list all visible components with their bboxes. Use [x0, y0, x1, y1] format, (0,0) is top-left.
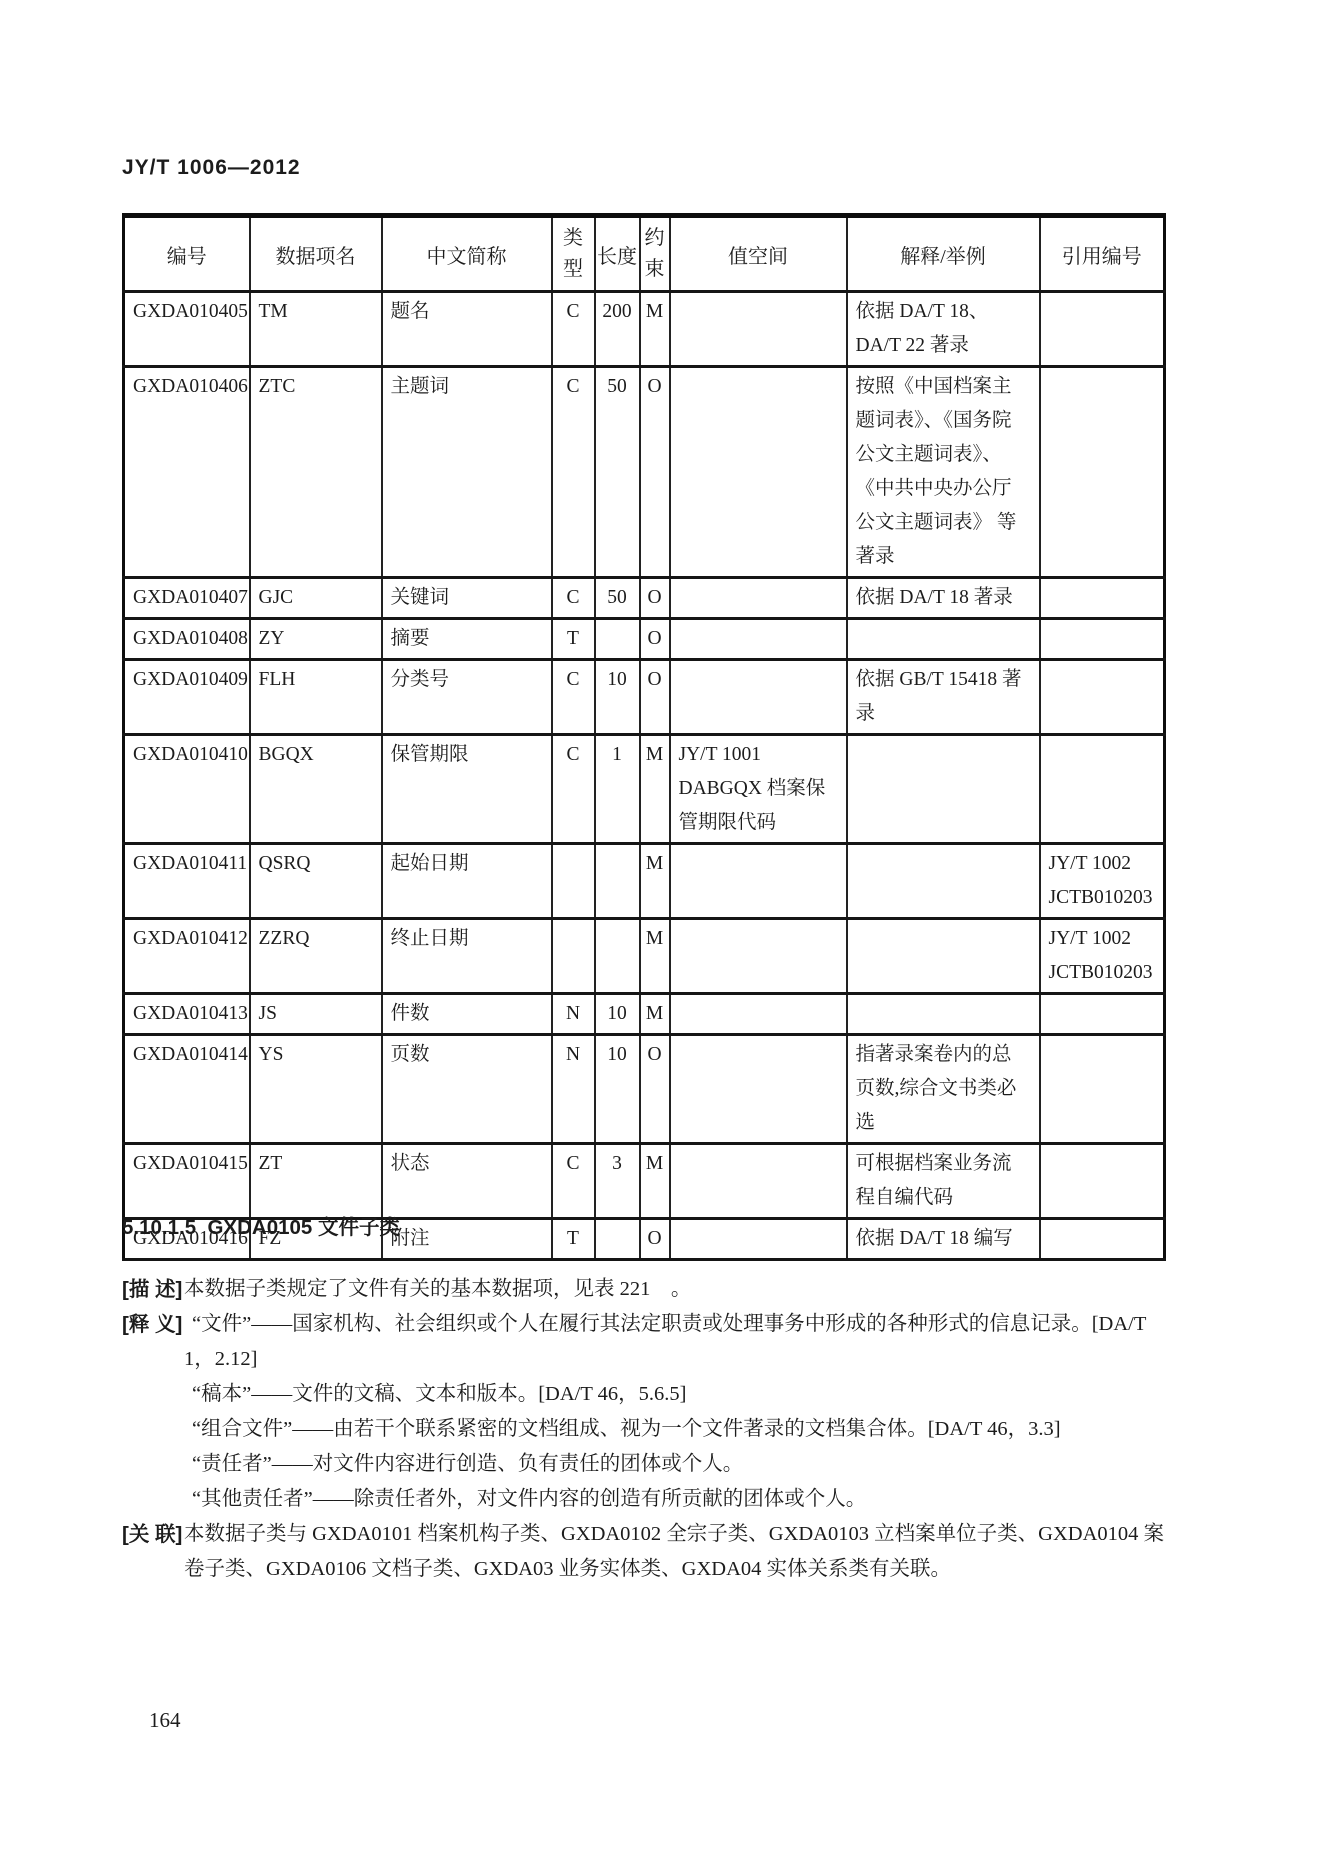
column-header: 引用编号: [1040, 216, 1165, 292]
table-cell-type: [552, 919, 595, 994]
metadata-table: 编号数据项名中文简称类型长度约束值空间解释/举例引用编号 GXDA010405T…: [122, 213, 1166, 1261]
table-cell-id: GXDA010413: [124, 994, 250, 1035]
table-cell-type: C: [552, 660, 595, 735]
table-cell-cons: M: [640, 994, 670, 1035]
table-cell-type: C: [552, 1144, 595, 1219]
table-cell-type: C: [552, 367, 595, 578]
table-header-row: 编号数据项名中文简称类型长度约束值空间解释/举例引用编号: [124, 216, 1165, 292]
table-cell-name: QSRQ: [250, 844, 382, 919]
column-header: 数据项名: [250, 216, 382, 292]
table-cell-type: N: [552, 1035, 595, 1144]
table-cell-ref: JY/T 1002 JCTB010203: [1040, 844, 1165, 919]
table-cell-value: [670, 844, 847, 919]
table-cell-name: ZTC: [250, 367, 382, 578]
table-cell-value: JY/T 1001 DABGQX 档案保管期限代码: [670, 735, 847, 844]
table-row: GXDA010414YS页数N10O指著录案卷内的总页数,综合文书类必选: [124, 1035, 1165, 1144]
table-cell-id: GXDA010414: [124, 1035, 250, 1144]
table-cell-cons: M: [640, 844, 670, 919]
table-cell-cons: O: [640, 1035, 670, 1144]
table-row: GXDA010406ZTC主题词C50O按照《中国档案主题词表》、《国务院公文主…: [124, 367, 1165, 578]
table-cell-name: GJC: [250, 578, 382, 619]
table-row: GXDA010408ZY摘要TO: [124, 619, 1165, 660]
table-cell-id: GXDA010406: [124, 367, 250, 578]
table-cell-cons: O: [640, 619, 670, 660]
table-cell-len: 200: [595, 292, 640, 367]
table-row: GXDA010409FLH分类号C10O依据 GB/T 15418 著录: [124, 660, 1165, 735]
table-cell-note: 依据 DA/T 18、DA/T 22 著录: [847, 292, 1040, 367]
table-cell-cons: M: [640, 1144, 670, 1219]
table-cell-id: GXDA010412: [124, 919, 250, 994]
definition-item: “稿本”——文件的文稿、文本和版本。[DA/T 46，5.6.5]: [184, 1377, 1168, 1412]
table-cell-cons: O: [640, 578, 670, 619]
description-label: [描 述]: [122, 1272, 184, 1307]
table-cell-type: [552, 844, 595, 919]
table-cell-len: 10: [595, 1035, 640, 1144]
table-cell-ref: [1040, 292, 1165, 367]
document-page: JY/T 1006—2012 编号数据项名中文简称类型长度约束值空间解释/举例引…: [0, 0, 1323, 1871]
relation-text: 本数据子类与 GXDA0101 档案机构子类、GXDA0102 全宗子类、GXD…: [184, 1517, 1168, 1587]
table-cell-cn: 保管期限: [382, 735, 552, 844]
table-cell-ref: [1040, 735, 1165, 844]
table-cell-value: [670, 367, 847, 578]
table-row: GXDA010410BGQX保管期限C1MJY/T 1001 DABGQX 档案…: [124, 735, 1165, 844]
column-header: 编号: [124, 216, 250, 292]
description-body: 本数据子类规定了文件有关的基本数据项，见表 221 。: [184, 1272, 1168, 1307]
table-cell-ref: [1040, 1144, 1165, 1219]
table-cell-cn: 状态: [382, 1144, 552, 1219]
table-cell-ref: [1040, 994, 1165, 1035]
definition-item: “组合文件”——由若干个联系紧密的文档组成、视为一个文件著录的文档集合体。[DA…: [184, 1412, 1168, 1447]
column-header: 值空间: [670, 216, 847, 292]
table-cell-note: [847, 735, 1040, 844]
table-cell-id: GXDA010410: [124, 735, 250, 844]
table-cell-type: C: [552, 578, 595, 619]
definition-list: “文件”——国家机构、社会组织或个人在履行其法定职责或处理事务中形成的各种形式的…: [184, 1307, 1168, 1517]
table-cell-id: GXDA010408: [124, 619, 250, 660]
table-cell-len: 1: [595, 735, 640, 844]
table-cell-len: [595, 619, 640, 660]
table-cell-value: [670, 1144, 847, 1219]
table-cell-cn: 起始日期: [382, 844, 552, 919]
table-cell-ref: [1040, 367, 1165, 578]
table-cell-value: [670, 292, 847, 367]
table-cell-note: 指著录案卷内的总页数,综合文书类必选: [847, 1035, 1040, 1144]
definition-item: “文件”——国家机构、社会组织或个人在履行其法定职责或处理事务中形成的各种形式的…: [184, 1307, 1168, 1377]
table-cell-cn: 件数: [382, 994, 552, 1035]
table-cell-id: GXDA010415: [124, 1144, 250, 1219]
table-cell-name: ZZRQ: [250, 919, 382, 994]
table-cell-id: GXDA010407: [124, 578, 250, 619]
table-cell-type: C: [552, 735, 595, 844]
table-cell-ref: JY/T 1002 JCTB010203: [1040, 919, 1165, 994]
table-cell-name: FLH: [250, 660, 382, 735]
table-cell-value: [670, 578, 847, 619]
table-cell-ref: [1040, 1035, 1165, 1144]
table-cell-name: ZT: [250, 1144, 382, 1219]
table-cell-cn: 主题词: [382, 367, 552, 578]
table-body: GXDA010405TM题名C200M依据 DA/T 18、DA/T 22 著录…: [124, 292, 1165, 1260]
table-row: GXDA010412ZZRQ终止日期MJY/T 1002 JCTB010203: [124, 919, 1165, 994]
table-cell-type: T: [552, 619, 595, 660]
table-cell-note: 按照《中国档案主题词表》、《国务院公文主题词表》、《中共中央办公厅公文主题词表》…: [847, 367, 1040, 578]
table-cell-len: [595, 919, 640, 994]
table-cell-name: TM: [250, 292, 382, 367]
definition-item: “其他责任者”——除责任者外，对文件内容的创造有所贡献的团体或个人。: [184, 1482, 1168, 1517]
table-cell-cn: 摘要: [382, 619, 552, 660]
table-cell-ref: [1040, 578, 1165, 619]
table-cell-value: [670, 1035, 847, 1144]
table-cell-note: [847, 844, 1040, 919]
definition-item: “责任者”——对文件内容进行创造、负有责任的团体或个人。: [184, 1447, 1168, 1482]
description-text: 本数据子类规定了文件有关的基本数据项，见表 221 。: [184, 1272, 1168, 1307]
table-cell-note: [847, 994, 1040, 1035]
table-cell-cons: M: [640, 735, 670, 844]
table-cell-note: [847, 619, 1040, 660]
table-cell-note: [847, 919, 1040, 994]
table-cell-cons: O: [640, 660, 670, 735]
column-header: 解释/举例: [847, 216, 1040, 292]
table-cell-cons: O: [640, 367, 670, 578]
table-row: GXDA010405TM题名C200M依据 DA/T 18、DA/T 22 著录: [124, 292, 1165, 367]
column-header: 类型: [552, 216, 595, 292]
table-cell-cons: M: [640, 919, 670, 994]
table-cell-len: 10: [595, 660, 640, 735]
table-cell-len: 10: [595, 994, 640, 1035]
definition-label: [释 义]: [122, 1307, 184, 1342]
table-cell-cn: 题名: [382, 292, 552, 367]
table-cell-len: 50: [595, 578, 640, 619]
table-cell-name: BGQX: [250, 735, 382, 844]
table-cell-len: 3: [595, 1144, 640, 1219]
relation-label: [关 联]: [122, 1517, 184, 1552]
table-cell-name: YS: [250, 1035, 382, 1144]
table-cell-id: GXDA010411: [124, 844, 250, 919]
table-cell-len: 50: [595, 367, 640, 578]
table-cell-name: JS: [250, 994, 382, 1035]
table-cell-note: 依据 DA/T 18 著录: [847, 578, 1040, 619]
table-row: GXDA010407GJC关键词C50O依据 DA/T 18 著录: [124, 578, 1165, 619]
section-heading: 5.10.1.5 GXDA0105 文件子类: [122, 1210, 1168, 1245]
relation-paragraph: [关 联] 本数据子类与 GXDA0101 档案机构子类、GXDA0102 全宗…: [122, 1517, 1168, 1587]
table-cell-ref: [1040, 660, 1165, 735]
table-cell-cons: M: [640, 292, 670, 367]
table-cell-value: [670, 994, 847, 1035]
table-cell-type: C: [552, 292, 595, 367]
section-block: 5.10.1.5 GXDA0105 文件子类 [描 述] 本数据子类规定了文件有…: [122, 1210, 1168, 1587]
table-row: GXDA010415ZT状态C3M可根据档案业务流程自编代码: [124, 1144, 1165, 1219]
description-paragraph: [描 述] 本数据子类规定了文件有关的基本数据项，见表 221 。: [122, 1272, 1168, 1307]
table-cell-cn: 关键词: [382, 578, 552, 619]
table-cell-cn: 终止日期: [382, 919, 552, 994]
table-cell-value: [670, 619, 847, 660]
table-cell-ref: [1040, 619, 1165, 660]
relation-body: 本数据子类与 GXDA0101 档案机构子类、GXDA0102 全宗子类、GXD…: [184, 1517, 1168, 1587]
table-row: GXDA010413JS件数N10M: [124, 994, 1165, 1035]
table-cell-note: 依据 GB/T 15418 著录: [847, 660, 1040, 735]
column-header: 长度: [595, 216, 640, 292]
column-header: 中文简称: [382, 216, 552, 292]
document-code-header: JY/T 1006—2012: [122, 156, 301, 180]
table-cell-cn: 分类号: [382, 660, 552, 735]
table-row: GXDA010411QSRQ起始日期MJY/T 1002 JCTB010203: [124, 844, 1165, 919]
table-cell-value: [670, 919, 847, 994]
definition-paragraph: [释 义] “文件”——国家机构、社会组织或个人在履行其法定职责或处理事务中形成…: [122, 1307, 1168, 1517]
column-header: 约束: [640, 216, 670, 292]
table-cell-type: N: [552, 994, 595, 1035]
table-cell-id: GXDA010409: [124, 660, 250, 735]
table-cell-cn: 页数: [382, 1035, 552, 1144]
table-cell-note: 可根据档案业务流程自编代码: [847, 1144, 1040, 1219]
table-cell-len: [595, 844, 640, 919]
table-cell-id: GXDA010405: [124, 292, 250, 367]
table-cell-value: [670, 660, 847, 735]
table-cell-name: ZY: [250, 619, 382, 660]
page-number: 164: [149, 1708, 181, 1733]
